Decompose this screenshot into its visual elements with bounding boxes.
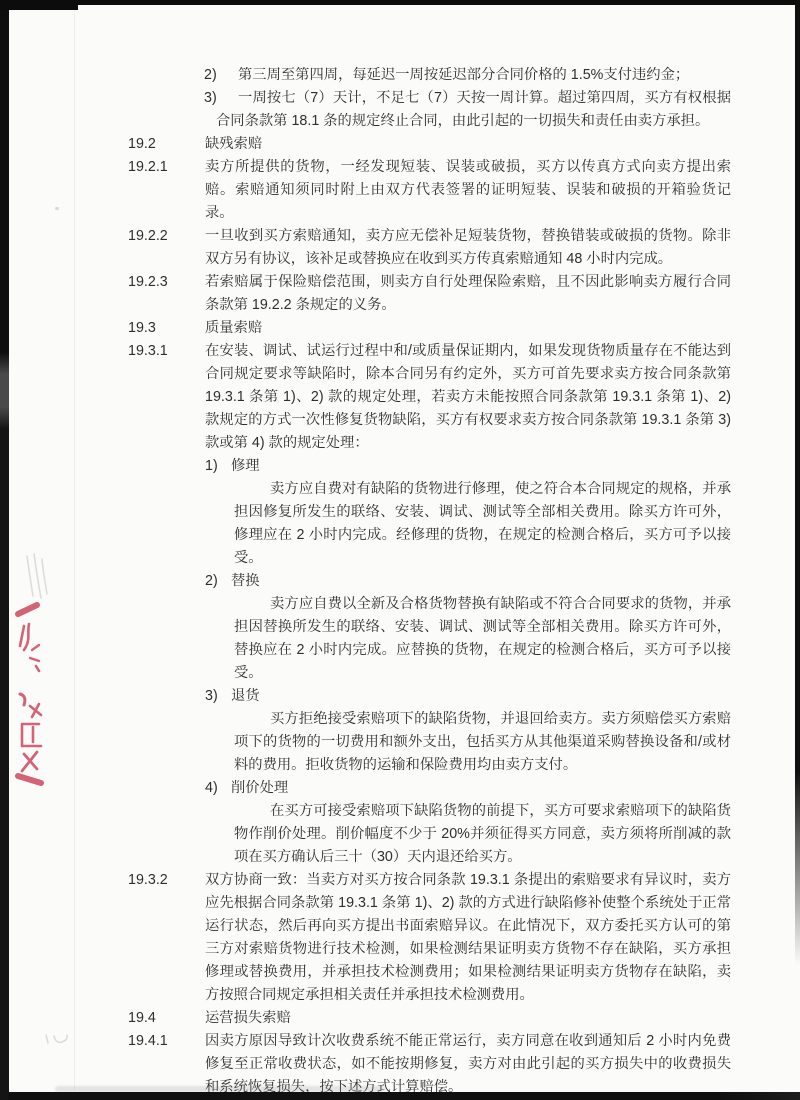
- clause-number: 19.2.2: [128, 225, 205, 271]
- clause-19-3-1: 19.3.1 在安装、调试、试运行过程中和/或质量保证期内，如果发现货物质量存在…: [128, 340, 731, 869]
- intro-item-label: 2): [204, 64, 217, 87]
- clause-text: 一旦收到买方索赔通知，卖方应无偿补足短装货物，替换错装或破损的货物。除非双方另有…: [205, 225, 731, 271]
- dust-speck: [55, 207, 59, 210]
- intro-item-label: 3): [204, 87, 217, 110]
- subitem-repair: 1) 修理 卖方应自费对有缺陷的货物进行修理，使之符合本合同规定的规格，并承担因…: [205, 455, 731, 570]
- clause-number: 19.2.3: [128, 271, 205, 317]
- clause-text: 卖方所提供的货物，一经发现短装、误装或破损，买方以传真方式向卖方提出索赔。索赔通…: [205, 156, 731, 225]
- clause-19-2-3: 19.2.3 若索赔属于保险赔偿范围，则卖方自行处理保险索赔，且不因此影响卖方履…: [128, 271, 731, 317]
- subitem-label: 4): [205, 777, 218, 800]
- subitem-return: 3) 退货 买方拒绝接受索赔项下的缺陷货物，并退回给卖方。卖方须赔偿买方索赔项下…: [205, 685, 731, 777]
- clause-heading: 质量索赔: [205, 317, 731, 340]
- scan-edge-left: [0, 0, 9, 1100]
- contract-page: 2)第三周至第四周，每延迟一周按延迟部分合同价格的 1.5%支付违约金； 3)一…: [0, 0, 800, 1099]
- subitem-title: 退货: [231, 688, 260, 704]
- subitem-label: 1): [205, 455, 218, 478]
- scan-edge-top: [0, 0, 800, 5]
- pencil-mark-bottom: [42, 1030, 76, 1050]
- intro-item-2: 2)第三周至第四周，每延迟一周按延迟部分合同价格的 1.5%支付违约金；: [216, 64, 731, 87]
- scan-edge-bottom: [8, 1092, 800, 1100]
- intro-item-row: 3)一周按七（7）天计，不足七（7）天按一周计算。超过第四周，买方有权根据合同条…: [128, 87, 731, 133]
- subitem-body: 卖方应自费以全新及合格货物替换有缺陷或不符合合同要求的货物，并承担因替换所发生的…: [234, 593, 731, 685]
- subitem-title: 替换: [231, 573, 260, 589]
- clause-19-2: 19.2 缺残索赔: [128, 133, 731, 156]
- intro-item-text: 一周按七（7）天计，不足七（7）天按一周计算。超过第四周，买方有权根据合同条款第…: [216, 90, 731, 129]
- clause-19-4: 19.4 运营损失索赔: [128, 1007, 731, 1030]
- subitem-title: 修理: [231, 458, 260, 474]
- subitem-label: 3): [205, 685, 218, 708]
- clause-text: 若索赔属于保险赔偿范围，则卖方自行处理保险索赔，且不因此影响卖方履行合同条款第 …: [205, 271, 731, 317]
- clause-number: 19.2.1: [128, 156, 205, 225]
- clause-19-3-2: 19.3.2 双方协商一致：当卖方对买方按合同条款 19.3.1 条提出的索赔要…: [128, 869, 731, 1007]
- clause-number-spacer: [128, 87, 205, 133]
- clause-heading: 运营损失索赔: [205, 1007, 731, 1030]
- paper-edge-shadow: [74, 8, 75, 1090]
- intro-item-row: 2)第三周至第四周，每延迟一周按延迟部分合同价格的 1.5%支付违约金；: [128, 64, 731, 87]
- clause-number: 19.2: [128, 133, 205, 156]
- subitem-replace: 2) 替换 卖方应自费以全新及合格货物替换有缺陷或不符合合同要求的货物，并承担因…: [205, 570, 731, 685]
- clause-19-2-1: 19.2.1 卖方所提供的货物，一经发现短装、误装或破损，买方以传真方式向卖方提…: [128, 156, 731, 225]
- scan-edge-right: [795, 0, 800, 965]
- clause-heading: 缺残索赔: [205, 133, 731, 156]
- subitem-label: 2): [205, 570, 218, 593]
- clause-number: 19.3: [128, 317, 205, 340]
- red-stamp-mark: [10, 592, 56, 792]
- intro-item-3: 3)一周按七（7）天计，不足七（7）天按一周计算。超过第四周，买方有权根据合同条…: [216, 87, 731, 133]
- clause-19-3: 19.3 质量索赔: [128, 317, 731, 340]
- intro-item-text: 第三周至第四周，每延迟一周按延迟部分合同价格的 1.5%支付违约金；: [238, 67, 689, 83]
- clause-text: 在安装、调试、试运行过程中和/或质量保证期内，如果发现货物质量存在不能达到合同规…: [205, 340, 731, 455]
- clause-text: 双方协商一致：当卖方对买方按合同条款 19.3.1 条提出的索赔要求有异议时，卖…: [205, 869, 731, 1007]
- clause-19-2-2: 19.2.2 一旦收到买方索赔通知，卖方应无偿补足短装货物，替换错装或破损的货物…: [128, 225, 731, 271]
- clause-number: 19.3.1: [128, 340, 205, 869]
- scan-edge-top-corner: [0, 0, 78, 10]
- subitem-body: 卖方应自费对有缺陷的货物进行修理，使之符合本合同规定的规格，并承担因修复所发生的…: [234, 478, 731, 570]
- clause-number: 19.4: [128, 1007, 205, 1030]
- subitem-body: 在买方可接受索赔项下缺陷货物的前提下，买方可要求索赔项下的缺陷货物作削价处理。削…: [234, 800, 731, 869]
- subitem-discount: 4) 削价处理 在买方可接受索赔项下缺陷货物的前提下，买方可要求索赔项下的缺陷货…: [205, 777, 731, 869]
- clause-number-spacer: [128, 64, 205, 87]
- subitem-body: 买方拒绝接受索赔项下的缺陷货物，并退回给卖方。卖方须赔偿买方索赔项下的货物的一切…: [234, 708, 731, 777]
- subitem-title: 削价处理: [231, 780, 288, 796]
- clause-number: 19.3.2: [128, 869, 205, 1007]
